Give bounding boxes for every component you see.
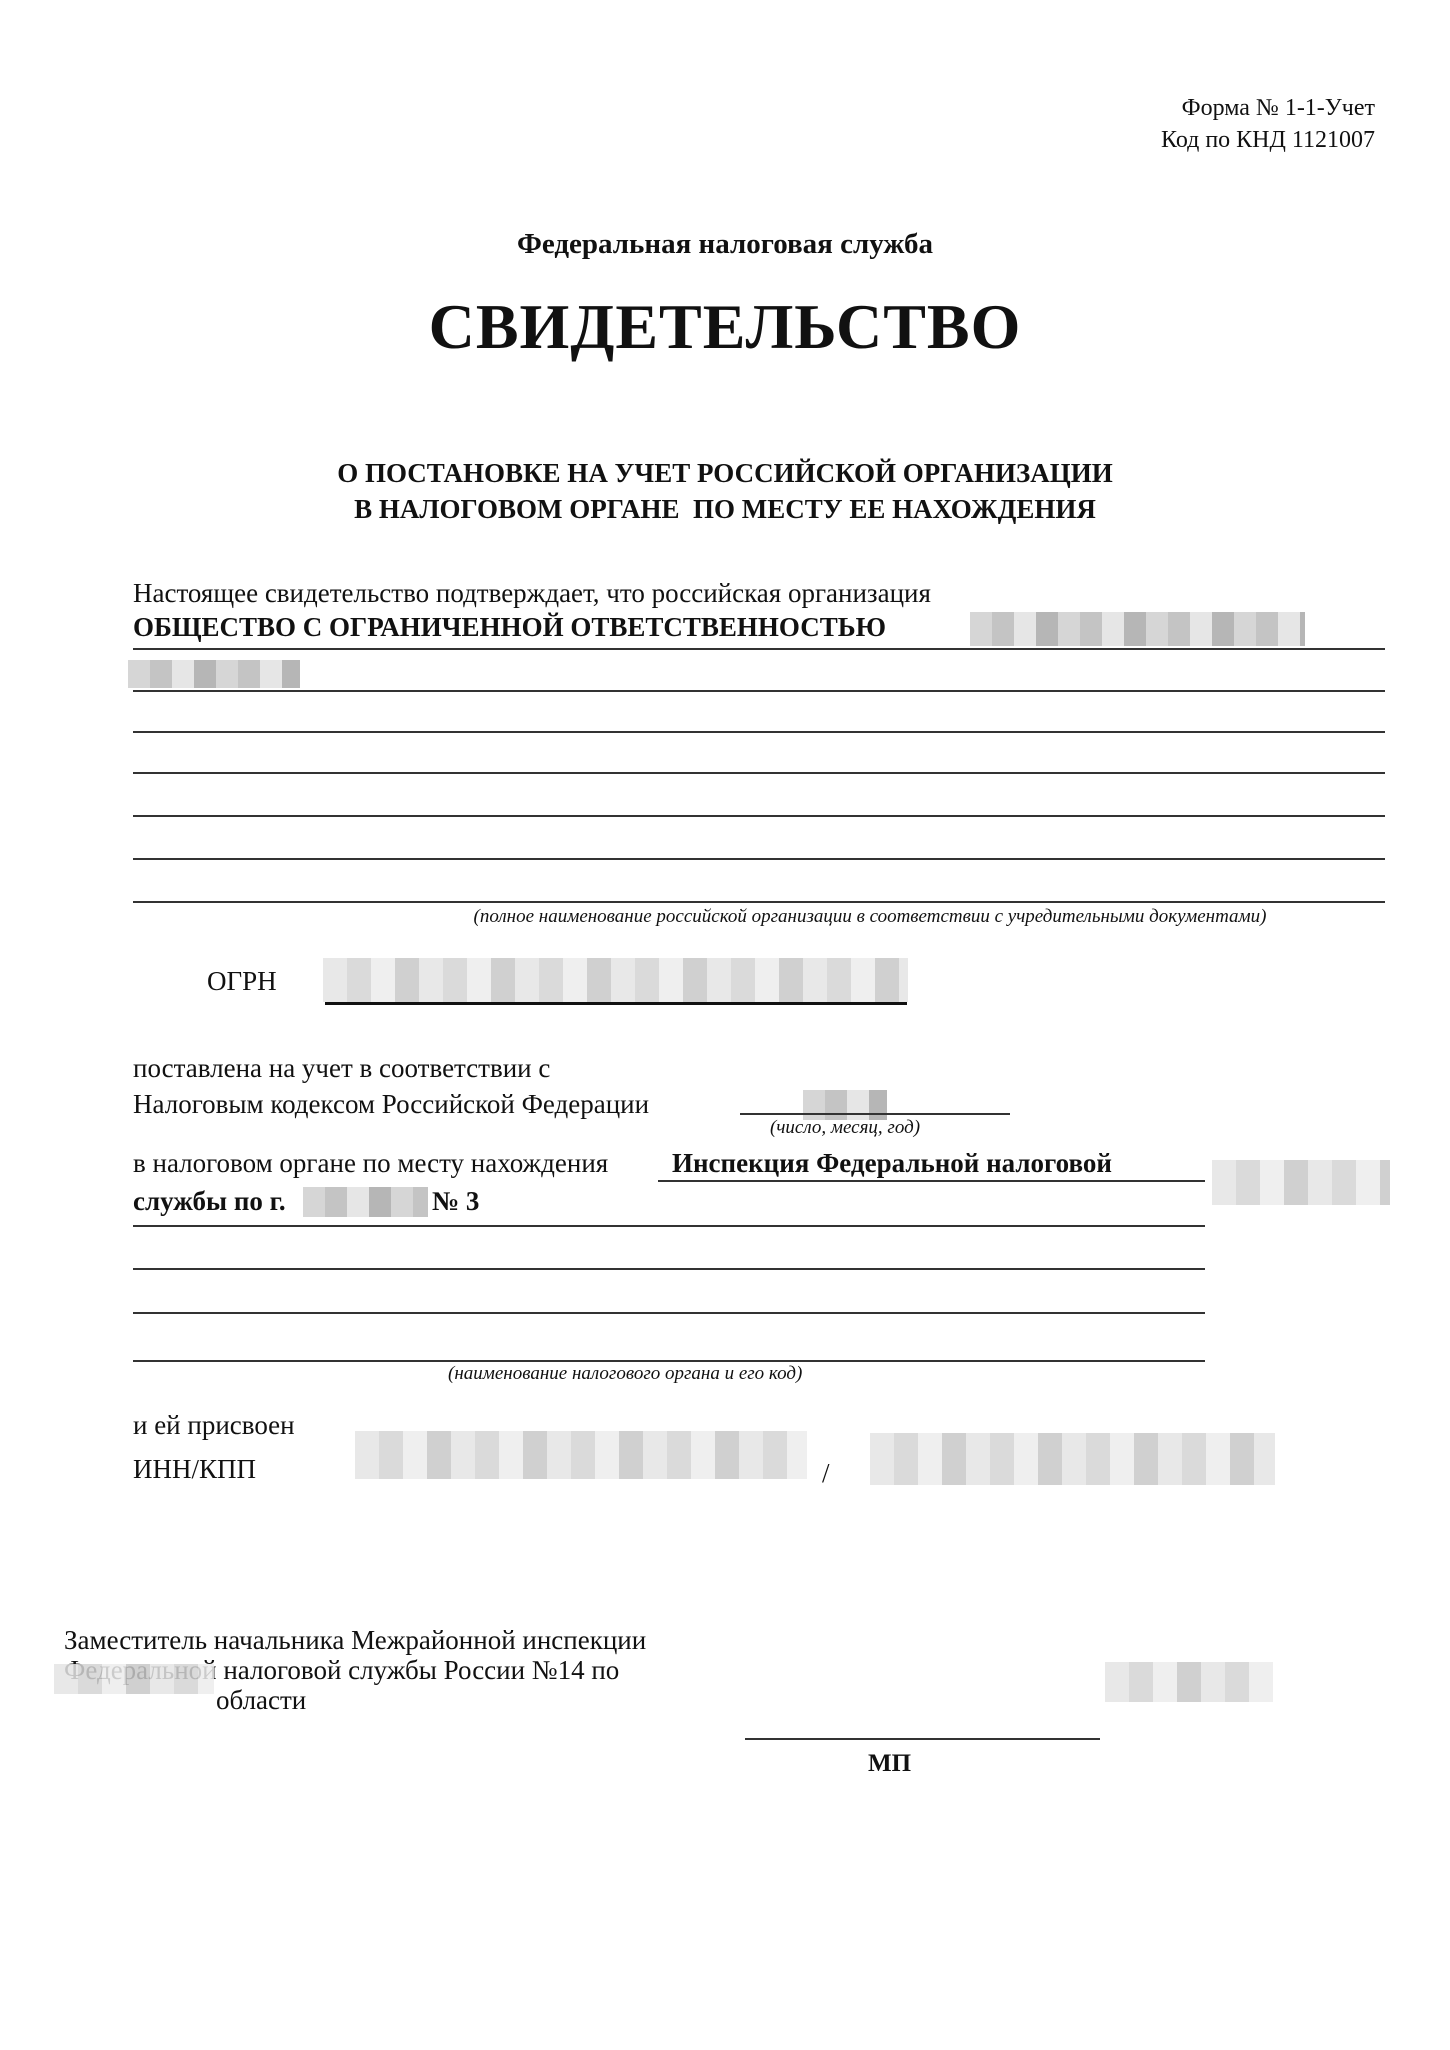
org-name-line-7 [133,901,1385,903]
ogrn-line [325,1002,907,1005]
form-header: Форма № 1-1-Учет Код по КНД 1121007 [1161,92,1375,156]
tax-office-label: в налоговом органе по месту нахождения [133,1148,608,1179]
document-title: СВИДЕТЕЛЬСТВО [0,290,1450,364]
subtitle-line-2: В НАЛОГОВОМ ОРГАНЕ ПО МЕСТУ ЕЕ НАХОЖДЕНИ… [0,491,1450,527]
tax-office-hint: (наименование налогового органа и его ко… [448,1363,802,1385]
registered-line-2: Налоговым кодексом Российской Федерации [133,1089,649,1120]
redacted-registration-date [803,1090,887,1120]
subtitle-line-1: О ПОСТАНОВКЕ НА УЧЕТ РОССИЙСКОЙ ОРГАНИЗА… [0,455,1450,491]
document-subtitle: О ПОСТАНОВКЕ НА УЧЕТ РОССИЙСКОЙ ОРГАНИЗА… [0,455,1450,527]
form-number: Форма № 1-1-Учет [1161,92,1375,124]
redacted-inn [355,1431,807,1479]
position-line-1: Заместитель начальника Межрайонной инспе… [64,1625,646,1655]
redacted-org-name-part-2 [128,660,300,688]
agency-name: Федеральная налоговая служба [0,228,1450,261]
redacted-ogrn [323,958,908,1002]
tax-office-line-4 [133,1312,1205,1314]
redacted-region [54,1664,214,1694]
tax-office-line-5 [133,1360,1205,1362]
inn-kpp-separator: / [822,1458,830,1489]
org-name: ОБЩЕСТВО С ОГРАНИЧЕННОЙ ОТВЕТСТВЕННОСТЬЮ [133,612,886,643]
stamp-label: МП [868,1750,911,1778]
registered-line-1: поставлена на учет в соответствии с [133,1053,550,1084]
knd-code: Код по КНД 1121007 [1161,124,1375,156]
org-name-line-2 [133,690,1385,692]
org-name-line-1 [133,648,1385,650]
org-name-line-3 [133,731,1385,733]
tax-office-name-line-1: Инспекция Федеральной налоговой [672,1148,1112,1179]
ogrn-label: ОГРН [207,966,277,997]
redacted-tax-office-code [1212,1160,1390,1205]
redacted-signatory-name [1105,1662,1273,1702]
tax-office-line-1 [658,1180,1205,1182]
org-name-hint: (полное наименование российской организа… [0,906,1450,928]
redacted-org-name-part [970,612,1305,646]
date-hint: (число, месяц, год) [770,1117,920,1139]
redacted-kpp [870,1433,1275,1485]
inn-kpp-label: ИНН/КПП [133,1454,256,1485]
tax-office-line-3 [133,1268,1205,1270]
redacted-city [303,1187,428,1217]
signature-line [745,1738,1100,1740]
org-name-line-4 [133,772,1385,774]
date-line [740,1113,1010,1115]
org-name-line-6 [133,858,1385,860]
org-name-line-5 [133,815,1385,817]
tax-office-name-line-2-suffix: № 3 [432,1186,479,1217]
tax-office-name-line-2-prefix: службы по г. [133,1186,286,1217]
assigned-label: и ей присвоен [133,1410,295,1441]
tax-office-line-2 [133,1225,1205,1227]
intro-text: Настоящее свидетельство подтверждает, чт… [133,578,931,609]
